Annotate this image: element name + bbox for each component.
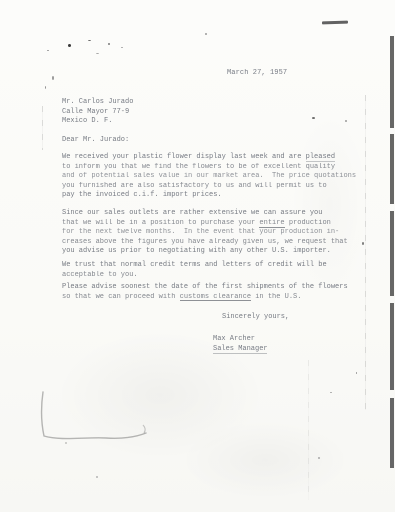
- ink-speck: [362, 242, 364, 245]
- closing: Sincerely yours,: [222, 313, 289, 321]
- underline-mark: [306, 161, 335, 162]
- scanned-letter-page: March 27, 1957 Mr. Carlos Jurado Calle M…: [0, 0, 395, 512]
- scan-fold-line: [308, 360, 309, 500]
- underline-mark: [180, 300, 251, 301]
- recipient-street: Calle Mayor 77-9: [62, 108, 133, 118]
- scan-edge-line: [390, 211, 394, 296]
- ink-speck: [108, 43, 110, 45]
- body-line: that we will be in a position to purchas…: [62, 219, 372, 229]
- body-line: for the next twelve months. In the event…: [62, 228, 372, 238]
- underline-mark: [213, 353, 267, 354]
- scan-edge-line: [390, 303, 394, 390]
- paragraph-3: We trust that normal credit terms and le…: [62, 261, 372, 280]
- ink-speck: [312, 117, 315, 119]
- ink-speck: [121, 47, 123, 48]
- scan-fold-line: [42, 106, 43, 150]
- letter-date: March 27, 1957: [227, 69, 287, 77]
- scan-edge-line: [390, 134, 394, 204]
- ink-speck: [52, 76, 54, 80]
- scan-fold-line: [365, 95, 366, 410]
- ink-speck: [330, 392, 332, 393]
- paragraph-2: Since our sales outlets are rather exten…: [62, 209, 372, 257]
- underline-mark: [259, 227, 285, 228]
- ink-speck: [88, 40, 91, 41]
- signature-block: Max Archer Sales Manager: [213, 335, 268, 354]
- ink-speck: [96, 476, 98, 478]
- scan-edge-line: [390, 398, 394, 468]
- body-line: creases above the figures you have alrea…: [62, 238, 372, 248]
- body-line: acceptable to you.: [62, 271, 372, 281]
- body-line: to inform you that we find the flowers t…: [62, 163, 372, 173]
- ink-speck: [345, 120, 347, 122]
- scan-edge-line: [390, 36, 394, 128]
- signature-name: Max Archer: [213, 335, 268, 345]
- body-line: and of potential sales value in our mark…: [62, 172, 372, 182]
- body-line: you advise us prior to negotiating with …: [62, 247, 372, 257]
- ink-speck: [356, 372, 357, 374]
- salutation: Dear Mr. Jurado:: [62, 136, 129, 144]
- ink-speck: [318, 457, 320, 459]
- body-line: We trust that normal credit terms and le…: [62, 261, 372, 271]
- ink-speck: [205, 33, 207, 35]
- recipient-city: Mexico D. F.: [62, 117, 133, 127]
- body-line: you furnished are also satisfactory to u…: [62, 182, 372, 192]
- ink-speck: [68, 44, 71, 47]
- body-line: Since our sales outlets are rather exten…: [62, 209, 372, 219]
- ink-speck: [45, 86, 46, 89]
- body-line: Please advise soonest the date of the fi…: [62, 283, 372, 293]
- recipient-name: Mr. Carlos Jurado: [62, 98, 133, 108]
- ink-speck: [47, 50, 49, 51]
- recipient-address: Mr. Carlos Jurado Calle Mayor 77-9 Mexic…: [62, 98, 133, 127]
- pencil-squiggle: [36, 386, 156, 446]
- body-line: pay the invoiced c.i.f. import prices.: [62, 191, 372, 201]
- ink-speck: [96, 53, 99, 54]
